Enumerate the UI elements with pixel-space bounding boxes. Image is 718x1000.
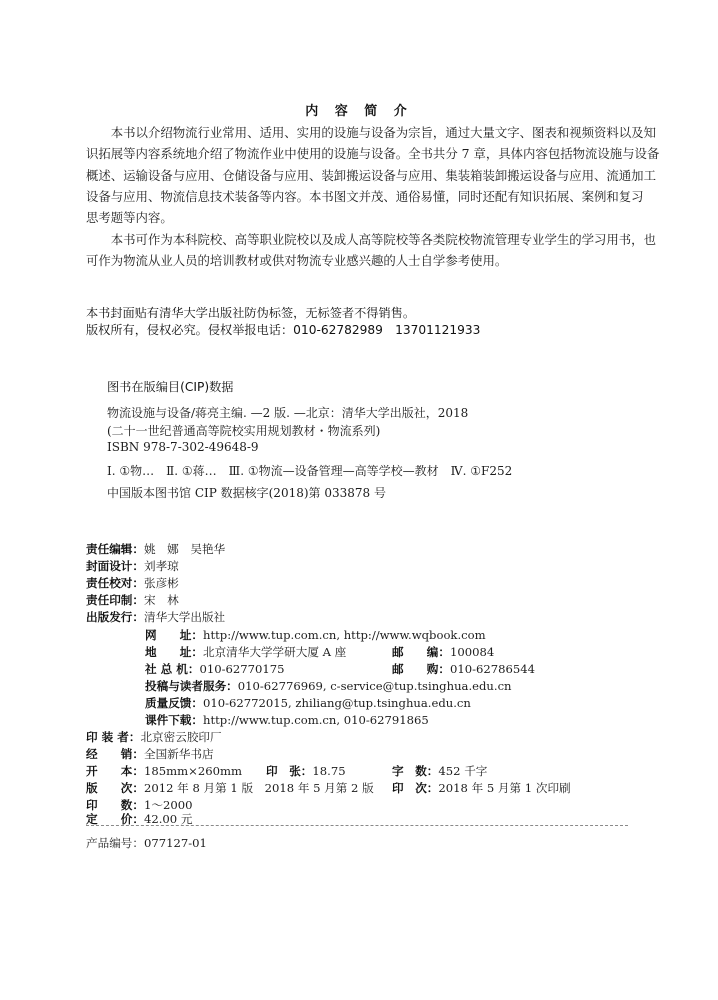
cip-isbn: ISBN 978-7-302-49648-9 (107, 440, 259, 454)
divider-dashed (86, 825, 628, 826)
summary-line: 设备与应用、物流信息技术装备等内容。本书图文并茂、通俗易懂，同时还配有知识拓展、… (86, 186, 634, 207)
spec-printer: 印 装 者：北京密云胶印厂 (86, 729, 222, 745)
courseware-link[interactable]: http://www.tup.com.cn, 010-62791865 (203, 713, 429, 727)
spec-format: 开 本：185mm×260mm (86, 763, 242, 779)
field-value: 2012 年 8 月第 1 版 2018 年 5 月第 2 版 (144, 781, 374, 795)
credit-label: 责任校对： (86, 576, 144, 590)
credit-value: 姚 娜 吴艳华 (144, 542, 225, 556)
credit-label: 责任编辑： (86, 542, 144, 556)
field-label: 社 总 机： (145, 662, 199, 676)
copyright-notice: 版权所有，侵权必究。侵权举报电话：010-62782989 1370112193… (86, 321, 480, 338)
field-label: 课件下载： (145, 713, 203, 727)
cip-classification: Ⅰ. ①物… Ⅱ. ①蒋… Ⅲ. ①物流—设备管理—高等学校—教材 Ⅳ. ①F2… (107, 462, 512, 479)
publisher-address: 地 址：北京清华大学学研大厦 A 座 (145, 644, 346, 660)
field-value: 1～2000 (144, 798, 192, 812)
field-label: 地 址： (145, 645, 203, 659)
field-value: 全国新华书店 (144, 747, 214, 761)
field-label: 网 址： (145, 628, 203, 642)
credit-publisher: 出版发行：清华大学出版社 (86, 609, 225, 625)
field-value: 010-62770175 (199, 662, 284, 676)
summary-line: 思考题等内容。 (86, 207, 634, 228)
field-label: 版 次： (86, 780, 144, 796)
field-value: 18.75 (312, 764, 345, 778)
field-value: 2018 年 5 月第 1 次印刷 (438, 781, 570, 795)
credit-value: 张彦彬 (144, 576, 179, 590)
spec-sheets: 印 张：18.75 (266, 763, 346, 779)
field-value: 185mm×260mm (144, 764, 242, 778)
credit-value: 刘孝琼 (144, 559, 179, 573)
product-code: 产品编号：077127-01 (86, 835, 207, 851)
summary-paragraph-1: 本书以介绍物流行业常用、适用、实用的设施与设备为宗旨，通过大量文字、图表和视频资… (86, 122, 634, 228)
credit-editor: 责任编辑：姚 娜 吴艳华 (86, 541, 225, 557)
credit-label: 出版发行： (86, 610, 144, 624)
publisher-mail-order: 邮 购：010-62786544 (392, 661, 535, 677)
field-label: 投稿与读者服务： (145, 679, 238, 693)
field-label: 印 装 者： (86, 729, 140, 745)
credit-value: 清华大学出版社 (144, 610, 225, 624)
field-value: 北京密云胶印厂 (140, 730, 221, 744)
spec-edition: 版 次：2012 年 8 月第 1 版 2018 年 5 月第 2 版 (86, 780, 374, 796)
summary-line: 可作为物流从业人员的培训教材或供对物流专业感兴趣的人士自学参考使用。 (86, 250, 634, 271)
credit-value: 宋 林 (144, 593, 179, 607)
spec-distributor: 经 销：全国新华书店 (86, 746, 214, 762)
publisher-postcode: 邮 编：100084 (392, 644, 494, 660)
publisher-switchboard: 社 总 机：010-62770175 (145, 661, 285, 677)
credit-proofreader: 责任校对：张彦彬 (86, 575, 179, 591)
cip-heading: 图书在版编目(CIP)数据 (107, 378, 233, 395)
field-value: 452 千字 (438, 764, 487, 778)
field-label: 经 销： (86, 746, 144, 762)
field-label: 印 张： (266, 763, 312, 779)
summary-paragraph-2: 本书可作为本科院校、高等职业院校以及成人高等院校等各类院校物流管理专业学生的学习… (86, 229, 634, 272)
field-label: 字 数： (392, 763, 438, 779)
anti-counterfeit-notice: 本书封面贴有清华大学出版社防伪标签，无标签者不得销售。 (86, 304, 415, 321)
field-value: 077127-01 (144, 836, 207, 850)
field-label: 印 次： (392, 780, 438, 796)
summary-title: 内 容 简 介 (0, 100, 718, 119)
website-link[interactable]: http://www.tup.com.cn, http://www.wqbook… (203, 628, 486, 642)
publisher-quality-feedback: 质量反馈：010-62772015, zhiliang@tup.tsinghua… (145, 695, 471, 711)
field-value: 010-62776969, c-service@tup.tsinghua.edu… (238, 679, 512, 693)
field-label: 邮 编： (392, 645, 450, 659)
publisher-website: 网 址：http://www.tup.com.cn, http://www.wq… (145, 627, 486, 643)
field-value: 42.00 元 (144, 812, 192, 826)
credit-cover-design: 封面设计：刘孝琼 (86, 558, 179, 574)
credit-label: 责任印制： (86, 593, 144, 607)
cip-line: (二十一世纪普通高等院校实用规划教材・物流系列) (107, 422, 380, 439)
credit-label: 封面设计： (86, 559, 144, 573)
field-value: 北京清华大学学研大厦 A 座 (203, 645, 346, 659)
summary-line: 本书可作为本科院校、高等职业院校以及成人高等院校等各类院校物流管理专业学生的学习… (86, 229, 634, 250)
field-label: 邮 购： (392, 662, 450, 676)
spec-impression: 印 次：2018 年 5 月第 1 次印刷 (392, 780, 571, 796)
field-label: 产品编号： (86, 836, 144, 850)
cip-line: 物流设施与设备/蒋亮主编. —2 版. —北京：清华大学出版社，2018 (107, 404, 468, 421)
field-value: 010-62772015, zhiliang@tup.tsinghua.edu.… (203, 696, 471, 710)
field-value: 010-62786544 (450, 662, 535, 676)
field-label: 开 本： (86, 763, 144, 779)
summary-line: 识拓展等内容系统地介绍了物流作业中使用的设施与设备。全书共分 7 章，具体内容包… (86, 143, 634, 164)
publisher-courseware: 课件下载：http://www.tup.com.cn, 010-62791865 (145, 712, 429, 728)
summary-line: 本书以介绍物流行业常用、适用、实用的设施与设备为宗旨，通过大量文字、图表和视频资… (86, 122, 634, 143)
spec-word-count: 字 数：452 千字 (392, 763, 487, 779)
publisher-reader-service: 投稿与读者服务：010-62776969, c-service@tup.tsin… (145, 678, 512, 694)
cip-record-number: 中国版本图书馆 CIP 数据核字(2018)第 033878 号 (107, 484, 386, 501)
field-label: 质量反馈： (145, 696, 203, 710)
summary-line: 概述、运输设备与应用、仓储设备与应用、装卸搬运设备与应用、集装箱装卸搬运设备与应… (86, 165, 634, 186)
field-value: 100084 (450, 645, 494, 659)
credit-print-manager: 责任印制：宋 林 (86, 592, 179, 608)
